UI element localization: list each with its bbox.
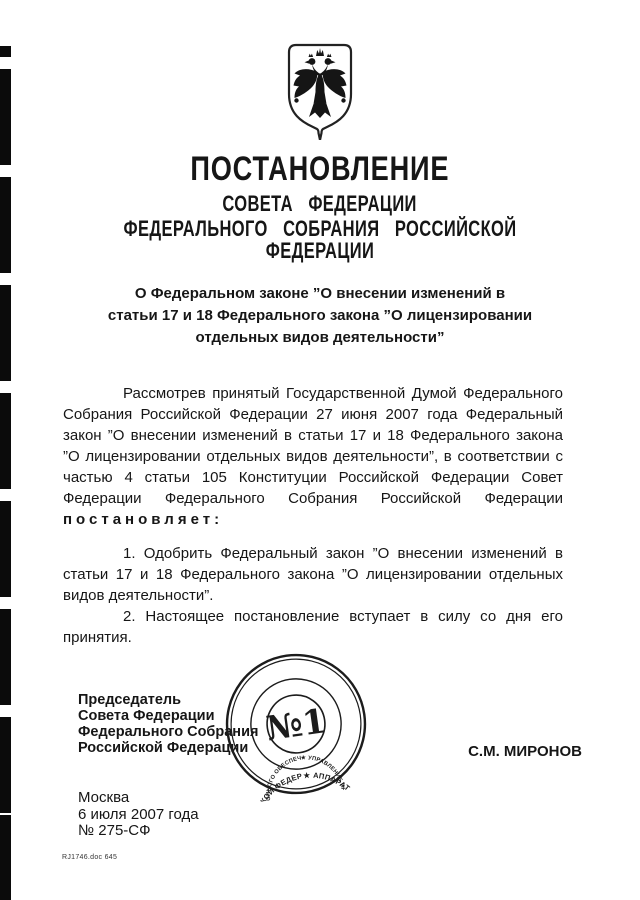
doc-type-title: ПОСТАНОВЛЕНИЕ <box>0 152 640 186</box>
preamble-lead: Рассмотрев принятый Государственной Думо… <box>63 385 563 507</box>
subject-line: статьи 17 и 18 Федерального закона ”О ли… <box>80 305 560 327</box>
document-page: ПОСТАНОВЛЕНИЕ СОВЕТА ФЕДЕРАЦИИ ФЕДЕРАЛЬН… <box>0 0 640 900</box>
resolution-item-2: 2. Настоящее постановление вступает в си… <box>63 606 563 648</box>
preamble-emphasis: постановляет: <box>63 511 223 528</box>
org-line-1: СОВЕТА ФЕДЕРАЦИИ <box>0 193 640 215</box>
subject-line: отдельных видов деятельности” <box>80 327 560 349</box>
issue-date: 6 июля 2007 года <box>78 807 199 824</box>
org-line-2: ФЕДЕРАЛЬНОГО СОБРАНИЯ РОССИЙСКОЙ ФЕДЕРАЦ… <box>0 218 640 262</box>
org-line-2-text: ФЕДЕРАЛЬНОГО СОБРАНИЯ РОССИЙСКОЙ ФЕДЕРАЦ… <box>80 218 560 262</box>
org-line-1-text: СОВЕТА ФЕДЕРАЦИИ <box>223 193 417 215</box>
stamp-seal: ★ АППАРАТ СОВЕТА ФЕДЕРАЦИИ ФЕДЕРАЛЬНОГО … <box>215 643 378 806</box>
preamble-paragraph: Рассмотрев принятый Государственной Думо… <box>63 383 563 530</box>
issue-city: Москва <box>78 790 199 807</box>
coat-of-arms-icon <box>283 42 357 140</box>
doc-body: Рассмотрев принятый Государственной Думо… <box>63 383 563 648</box>
subject-line: О Федеральном законе ”О внесении изменен… <box>80 283 560 305</box>
footer-note: RJ1746.doc 645 <box>62 854 117 861</box>
doc-type-title-text: ПОСТАНОВЛЕНИЕ <box>191 152 450 186</box>
signer-name: С.М. МИРОНОВ <box>420 743 582 760</box>
issue-block: Москва 6 июля 2007 года № 275-СФ <box>78 790 199 840</box>
stamp-number: №1 <box>264 701 328 748</box>
issue-number: № 275-СФ <box>78 823 199 840</box>
doc-subject: О Федеральном законе ”О внесении изменен… <box>80 283 560 349</box>
resolution-item-1: 1. Одобрить Федеральный закон ”О внесени… <box>63 543 563 606</box>
